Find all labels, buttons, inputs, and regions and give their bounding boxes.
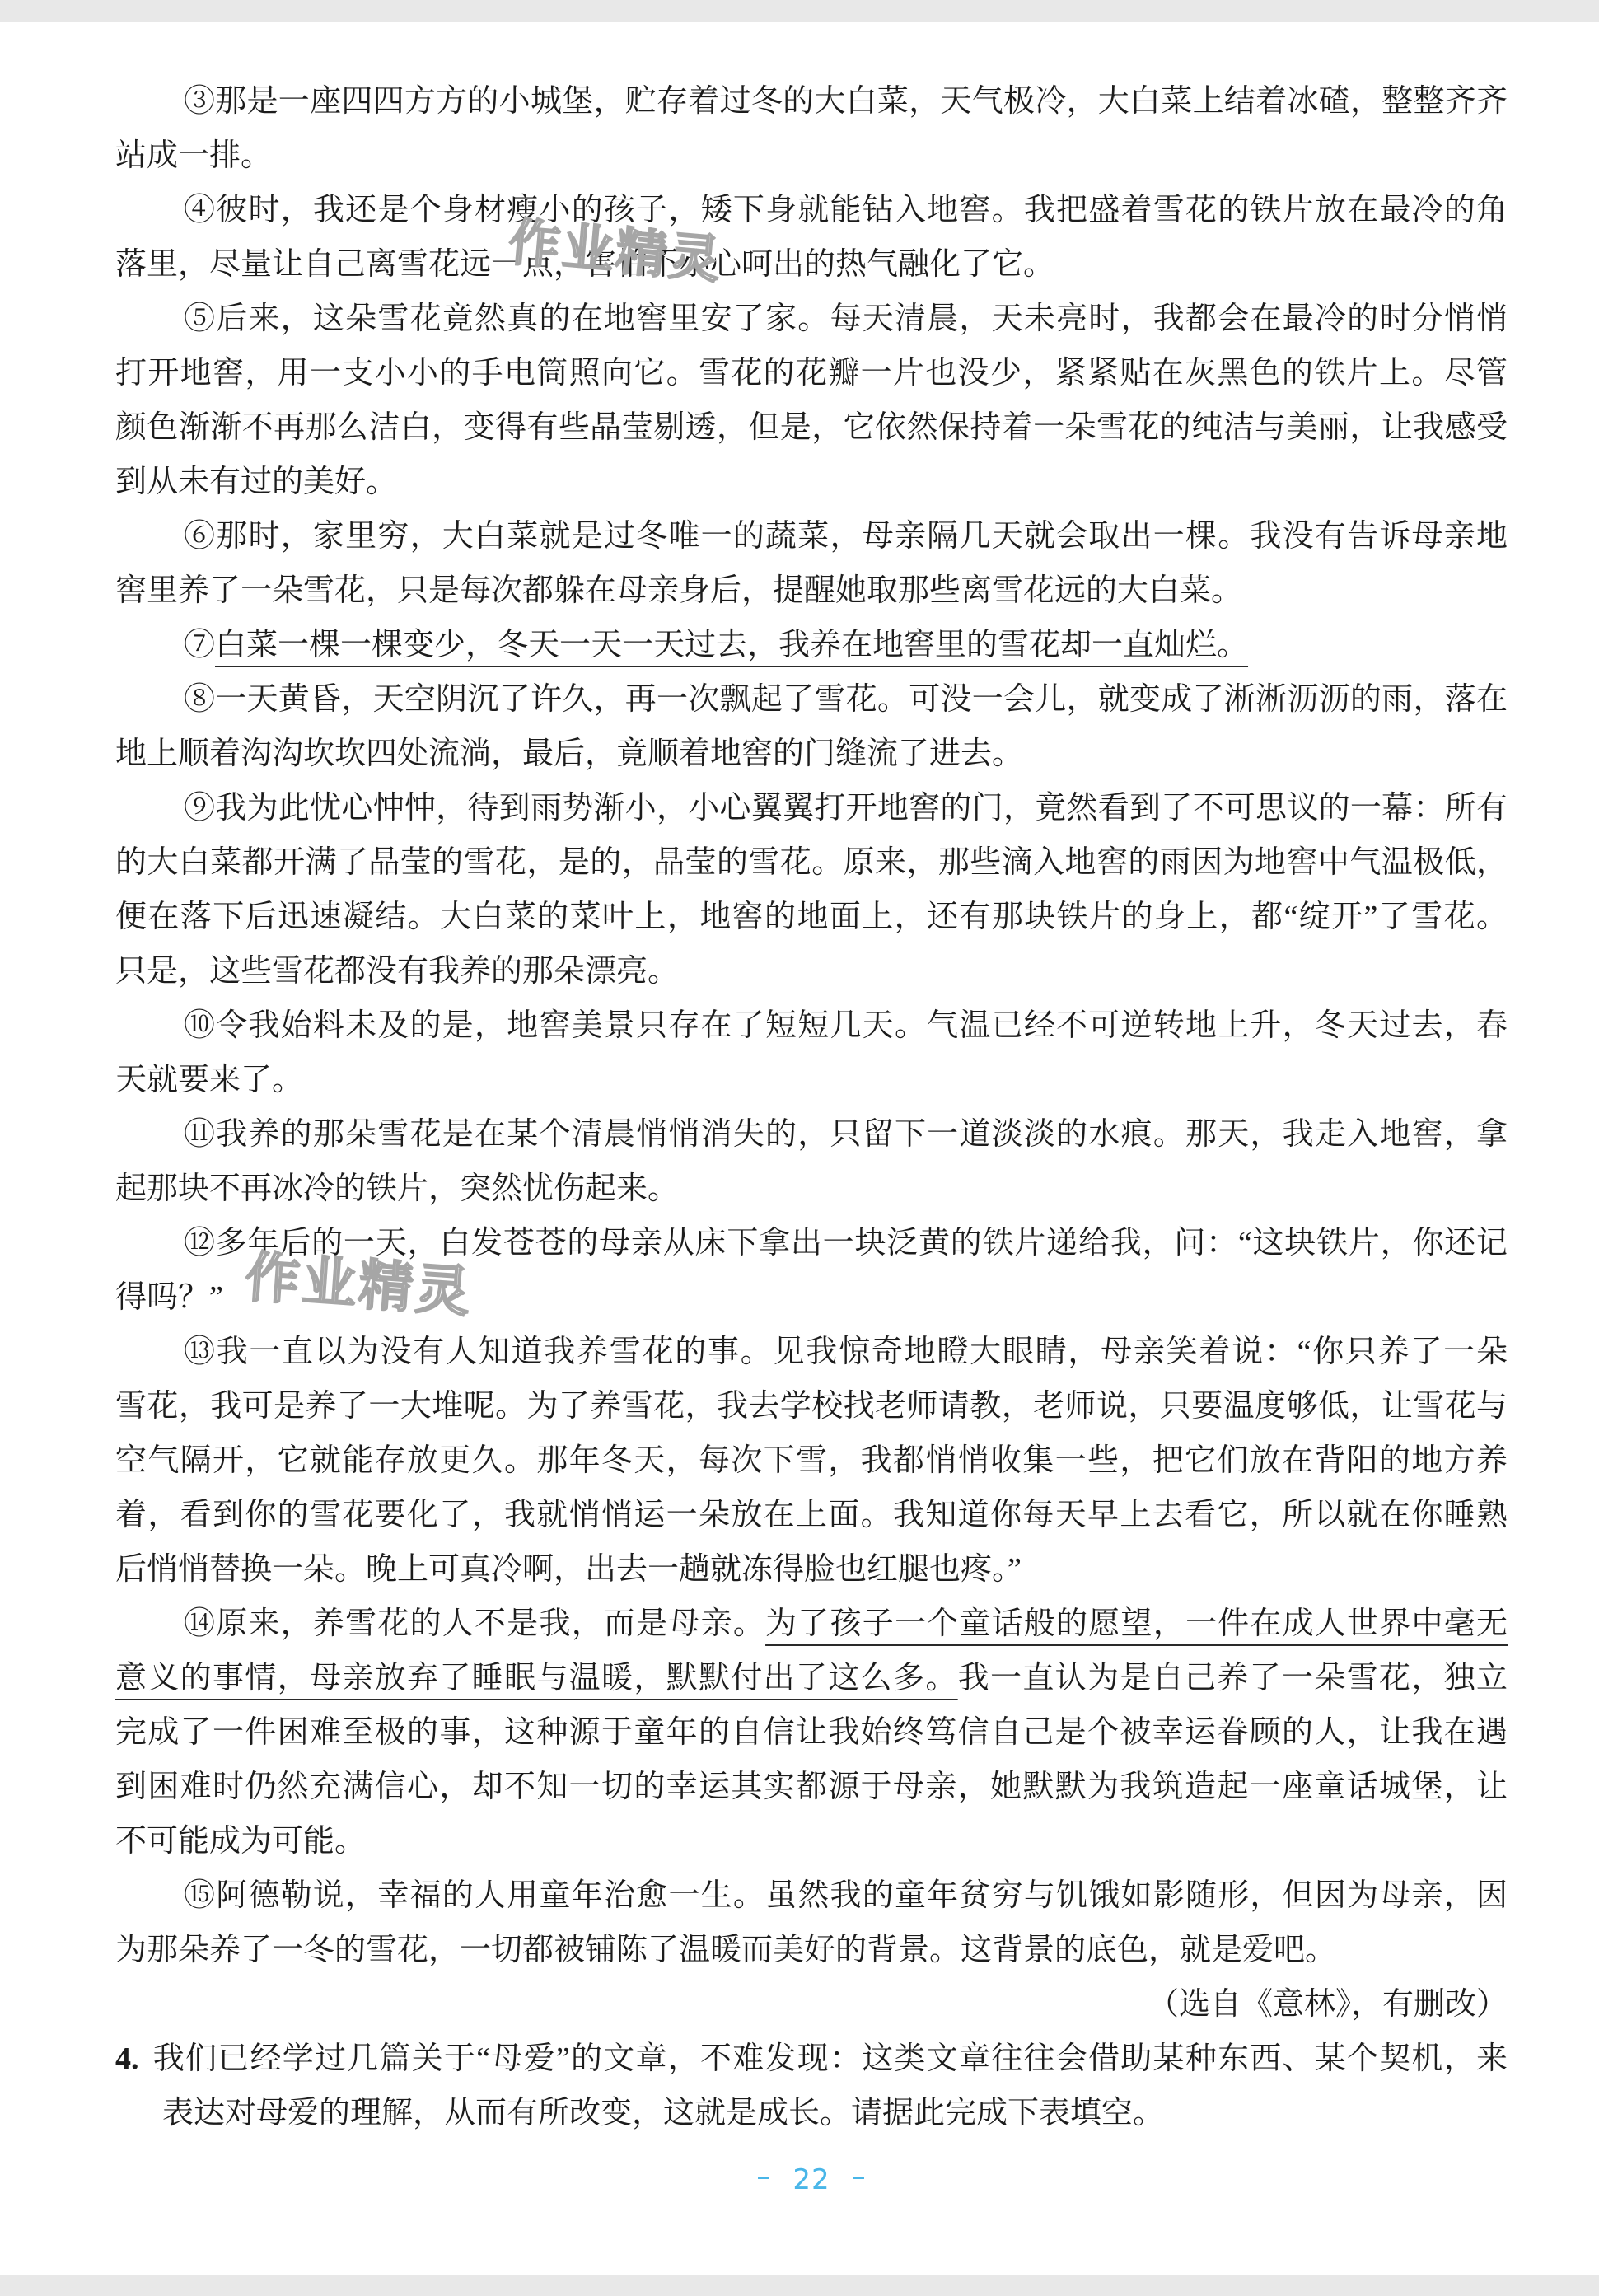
text-line: 站成一排。: [115, 129, 1508, 183]
text-line: 为那朵养了一冬的雪花，一切都被铺陈了温暖而美好的背景。这背景的底色，就是爱吧。: [115, 1923, 1508, 1977]
text-line: ⑤后来，这朵雪花竟然真的在地窖里安了家。每天清晨，天未亮时，我都会在最冷的时分悄…: [115, 292, 1508, 346]
question-number: 4.: [115, 2041, 139, 2076]
text-segment: ④彼时，我还是个身材瘦小的孩子，矮下身就能钻入地窖。我把盛着雪花的铁片放在最冷的…: [184, 193, 1508, 227]
page-number-value: 22: [792, 2163, 830, 2196]
text-segment: ⑦: [184, 628, 215, 662]
text-line: ⑭原来，养雪花的人不是我，而是母亲。为了孩子一个童话般的愿望，一件在成人世界中毫…: [115, 1597, 1508, 1651]
text-line: 打开地窖，用一支小小的手电筒照向它。雪花的花瓣一片也没少，紧紧贴在灰黑色的铁片上…: [115, 346, 1508, 400]
text-line: 后悄悄替换一朵。晚上可真冷啊，出去一趟就冻得脸也红腿也疼。”: [115, 1542, 1508, 1597]
text-line: 便在落下后迅速凝结。大白菜的菜叶上，地窖的地面上，还有那块铁片的身上，都“绽开”…: [115, 890, 1508, 944]
text-line: ⑧一天黄昏，天空阴沉了许久，再一次飘起了雪花。可没一会儿，就变成了淅淅沥沥的雨，…: [115, 672, 1508, 727]
text-segment: 只是，这些雪花都没有我养的那朵漂亮。: [115, 954, 679, 989]
text-segment: 天就要来了。: [115, 1063, 303, 1097]
text-segment: 起那块不再冰冷的铁片，突然忧伤起来。: [115, 1171, 679, 1206]
text-segment: 我一直认为是自己养了一朵雪花，独立: [958, 1661, 1508, 1695]
text-line: 的大白菜都开满了晶莹的雪花，是的，晶莹的雪花。原来，那些滴入地窖的雨因为地窖中气…: [115, 835, 1508, 890]
text-segment: 雪花，我可是养了一大堆呢。为了养雪花，我去学校找老师请教，老师说，只要温度够低，…: [115, 1389, 1508, 1424]
text-line: ⑦白菜一棵一棵变少，冬天一天一天过去，我养在地窖里的雪花却一直灿烂。: [115, 618, 1508, 672]
text-segment: ⑬我一直以为没有人知道我养雪花的事。见我惊奇地瞪大眼睛，母亲笑着说：“你只养了一…: [184, 1335, 1508, 1369]
text-line: 着，看到你的雪花要化了，我就悄悄运一朵放在上面。我知道你每天早上去看它，所以就在…: [115, 1488, 1508, 1542]
text-line: 天就要来了。: [115, 1053, 1508, 1107]
text-segment: 地上顺着沟沟坎坎四处流淌，最后，竟顺着地窖的门缝流了进去。: [115, 736, 1023, 771]
text-line: 不可能成为可能。: [115, 1814, 1508, 1868]
page-number-dash-left: –: [756, 2160, 771, 2193]
text-segment: 空气隔开，它就能存放更久。那年冬天，每次下雪，我都悄悄收集一些，把它们放在背阳的…: [115, 1443, 1508, 1478]
text-segment: 表达对母爱的理解，从而有所改变，这就是成长。请据此完成下表填空。: [162, 2096, 1164, 2130]
text-line: 雪花，我可是养了一大堆呢。为了养雪花，我去学校找老师请教，老师说，只要温度够低，…: [115, 1379, 1508, 1433]
page-number: –22–: [0, 2163, 1599, 2196]
text-line: ⑩令我始料未及的是，地窖美景只存在了短短几天。气温已经不可逆转地上升，冬天过去，…: [115, 998, 1508, 1053]
text-line: 只是，这些雪花都没有我养的那朵漂亮。: [115, 944, 1508, 998]
text-segment: 到从未有过的美好。: [115, 465, 397, 499]
text-segment: 打开地窖，用一支小小的手电筒照向它。雪花的花瓣一片也没少，紧紧贴在灰黑色的铁片上…: [115, 356, 1508, 390]
text-segment: （选自《意林》，有删改）: [1148, 1987, 1508, 2022]
text-line: 表达对母爱的理解，从而有所改变，这就是成长。请据此完成下表填空。: [115, 2086, 1508, 2140]
underlined-text: 为了孩子一个童话般的愿望，一件在成人世界中毫无: [765, 1606, 1508, 1641]
text-line: 地上顺着沟沟坎坎四处流淌，最后，竟顺着地窖的门缝流了进去。: [115, 727, 1508, 781]
text-line: 颜色渐渐不再那么洁白，变得有些晶莹剔透，但是，它依然保持着一朵雪花的纯洁与美丽，…: [115, 400, 1508, 455]
text-line: ⑮阿德勒说，幸福的人用童年治愈一生。虽然我的童年贫穷与饥饿如影随形，但因为母亲，…: [115, 1868, 1508, 1923]
text-segment: ③那是一座四四方方的小城堡，贮存着过冬的大白菜，天气极冷，大白菜上结着冰碴，整整…: [184, 84, 1508, 119]
text-segment: ⑤后来，这朵雪花竟然真的在地窖里安了家。每天清晨，天未亮时，我都会在最冷的时分悄…: [184, 302, 1508, 336]
text-segment: ⑭原来，养雪花的人不是我，而是母亲。: [184, 1606, 765, 1641]
page-number-dash-right: –: [852, 2160, 867, 2193]
text-line: 落里，尽量让自己离雪花远一点，害怕不小心呵出的热气融化了它。: [115, 237, 1508, 292]
text-segment: ⑥那时，家里穷，大白菜就是过冬唯一的蔬菜，母亲隔几天就会取出一棵。我没有告诉母亲…: [184, 519, 1508, 554]
text-line: ③那是一座四四方方的小城堡，贮存着过冬的大白菜，天气极冷，大白菜上结着冰碴，整整…: [115, 74, 1508, 129]
page-edge-top: [0, 0, 1599, 22]
text-segment: ⑧一天黄昏，天空阴沉了许久，再一次飘起了雪花。可没一会儿，就变成了淅淅沥沥的雨，…: [184, 682, 1508, 717]
text-line: 到从未有过的美好。: [115, 455, 1508, 509]
text-line: ⑬我一直以为没有人知道我养雪花的事。见我惊奇地瞪大眼睛，母亲笑着说：“你只养了一…: [115, 1325, 1508, 1379]
text-segment: 便在落下后迅速凝结。大白菜的菜叶上，地窖的地面上，还有那块铁片的身上，都“绽开”…: [115, 900, 1508, 934]
text-segment: ⑨我为此忧心忡忡，待到雨势渐小，小心翼翼打开地窖的门，竟然看到了不可思议的一幕：…: [184, 791, 1508, 825]
text-line: 到困难时仍然充满信心，却不知一切的幸运其实都源于母亲，她默默为我筑造起一座童话城…: [115, 1760, 1508, 1814]
text-segment: 我们已经学过几篇关于“母爱”的文章，不难发现：这类文章往往会借助某种东西、某个契…: [152, 2041, 1508, 2076]
text-segment: 站成一排。: [115, 138, 272, 173]
text-segment: 为那朵养了一冬的雪花，一切都被铺陈了温暖而美好的背景。这背景的底色，就是爱吧。: [115, 1933, 1336, 1967]
text-segment: 着，看到你的雪花要化了，我就悄悄运一朵放在上面。我知道你每天早上去看它，所以就在…: [115, 1498, 1508, 1532]
watermark: 作业精灵: [243, 1232, 475, 1326]
text-line: （选自《意林》，有删改）: [115, 1977, 1508, 2032]
text-segment: ⑩令我始料未及的是，地窖美景只存在了短短几天。气温已经不可逆转地上升，冬天过去，…: [184, 1008, 1508, 1043]
text-segment: 完成了一件困难至极的事，这种源于童年的自信让我始终笃信自己是个被幸运眷顾的人，让…: [115, 1715, 1508, 1750]
text-line: 空气隔开，它就能存放更久。那年冬天，每次下雪，我都悄悄收集一些，把它们放在背阳的…: [115, 1433, 1508, 1488]
underlined-text: 白菜一棵一棵变少，冬天一天一天过去，我养在地窖里的雪花却一直灿烂。: [215, 628, 1248, 662]
text-segment: ⑮阿德勒说，幸福的人用童年治愈一生。虽然我的童年贫穷与饥饿如影随形，但因为母亲，…: [184, 1878, 1508, 1913]
text-segment: 到困难时仍然充满信心，却不知一切的幸运其实都源于母亲，她默默为我筑造起一座童话城…: [115, 1770, 1508, 1804]
text-line: 起那块不再冰冷的铁片，突然忧伤起来。: [115, 1162, 1508, 1216]
text-segment: 的大白菜都开满了晶莹的雪花，是的，晶莹的雪花。原来，那些滴入地窖的雨因为地窖中气…: [115, 845, 1508, 880]
text-line: ⑨我为此忧心忡忡，待到雨势渐小，小心翼翼打开地窖的门，竟然看到了不可思议的一幕：…: [115, 781, 1508, 835]
text-segment: ⑪我养的那朵雪花是在某个清晨悄悄消失的，只留下一道淡淡的水痕。那天，我走入地窖，…: [184, 1117, 1508, 1152]
text-segment: 得吗？”: [115, 1280, 223, 1315]
text-line: ⑥那时，家里穷，大白菜就是过冬唯一的蔬菜，母亲隔几天就会取出一棵。我没有告诉母亲…: [115, 509, 1508, 563]
text-line: 窖里养了一朵雪花，只是每次都躲在母亲身后，提醒她取那些离雪花远的大白菜。: [115, 563, 1508, 618]
text-segment: 窖里养了一朵雪花，只是每次都躲在母亲身后，提醒她取那些离雪花远的大白菜。: [115, 573, 1242, 608]
text-line: 意义的事情，母亲放弃了睡眠与温暖，默默付出了这么多。我一直认为是自己养了一朵雪花…: [115, 1651, 1508, 1705]
underlined-text: 意义的事情，母亲放弃了睡眠与温暖，默默付出了这么多。: [115, 1661, 958, 1695]
text-line: ④彼时，我还是个身材瘦小的孩子，矮下身就能钻入地窖。我把盛着雪花的铁片放在最冷的…: [115, 183, 1508, 237]
text-segment: 颜色渐渐不再那么洁白，变得有些晶莹剔透，但是，它依然保持着一朵雪花的纯洁与美丽，…: [115, 410, 1508, 445]
passage: ③那是一座四四方方的小城堡，贮存着过冬的大白菜，天气极冷，大白菜上结着冰碴，整整…: [115, 74, 1508, 2140]
page-edge-bottom: [0, 2275, 1599, 2296]
text-segment: 不可能成为可能。: [115, 1824, 366, 1859]
text-segment: 后悄悄替换一朵。晚上可真冷啊，出去一趟就冻得脸也红腿也疼。”: [115, 1552, 1022, 1587]
text-line: 完成了一件困难至极的事，这种源于童年的自信让我始终笃信自己是个被幸运眷顾的人，让…: [115, 1705, 1508, 1760]
text-line: ⑪我养的那朵雪花是在某个清晨悄悄消失的，只留下一道淡淡的水痕。那天，我走入地窖，…: [115, 1107, 1508, 1162]
text-line: 4.我们已经学过几篇关于“母爱”的文章，不难发现：这类文章往往会借助某种东西、某…: [115, 2032, 1508, 2086]
